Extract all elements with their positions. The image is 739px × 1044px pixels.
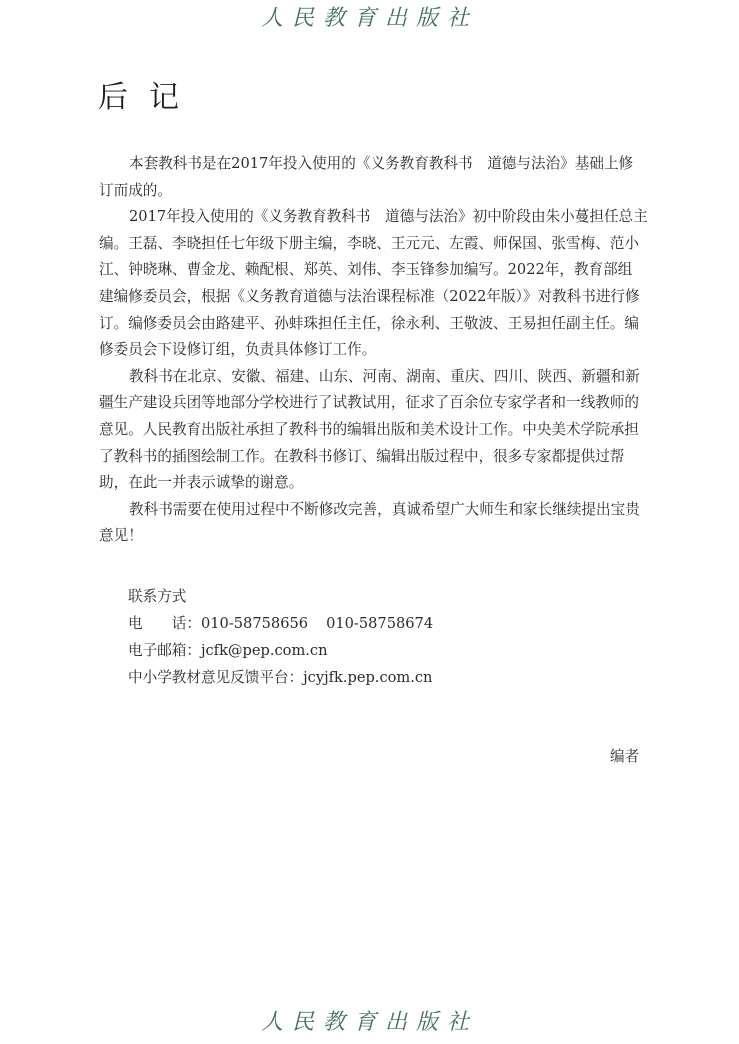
publisher-logo-footer: 人民教育出版社: [0, 1008, 739, 1038]
text-line: 修委员会下设修订组，负责具体修订工作。: [99, 337, 644, 364]
publisher-logo-header: 人民教育出版社: [0, 4, 739, 34]
text-line: 江、钟晓琳、曹金龙、赖配根、郑英、刘伟、李玉锋参加编写。2022年，教育部组: [99, 257, 644, 284]
text-line: 2017年投入使用的《义务教育教科书 道德与法治》初中阶段由朱小蔓担任总主: [99, 204, 644, 231]
paragraph-1: 本套教科书是在2017年投入使用的《义务教育教科书 道德与法治》基础上修 订而成…: [99, 151, 644, 204]
paragraph-4: 教科书需要在使用过程中不断修改完善，真诚希望广大师生和家长继续提出宝贵 意见！: [99, 497, 644, 550]
text-line: 订而成的。: [99, 178, 644, 205]
contact-info: 联系方式 电 话：010-58758656010-58758674 电子邮箱：j…: [128, 583, 433, 691]
afterword-body: 本套教科书是在2017年投入使用的《义务教育教科书 道德与法治》基础上修 订而成…: [99, 151, 644, 550]
phone-label: 电 话：: [128, 615, 201, 632]
phone-number-2: 010-58758674: [326, 615, 433, 632]
contact-email-row: 电子邮箱：jcfk@pep.com.cn: [128, 637, 433, 664]
text-line: 助，在此一并表示诚挚的谢意。: [99, 470, 644, 497]
email-address[interactable]: jcfk@pep.com.cn: [201, 642, 328, 659]
signature: 编者: [610, 746, 639, 768]
contact-feedback-row: 中小学教材意见反馈平台：jcyjfk.pep.com.cn: [128, 664, 433, 691]
text-line: 意见！: [99, 523, 644, 550]
page-title: 后记: [98, 78, 200, 118]
text-line: 建编修委员会，根据《义务教育道德与法治课程标准（2022年版）》对教科书进行修: [99, 284, 644, 311]
email-label: 电子邮箱：: [128, 642, 201, 659]
text-line: 订。编修委员会由路建平、孙蚌珠担任主任，徐永利、王敬波、王易担任副主任。编: [99, 311, 644, 338]
text-line: 编。王磊、李晓担任七年级下册主编，李晓、王元元、左霞、师保国、张雪梅、范小: [99, 231, 644, 258]
feedback-label: 中小学教材意见反馈平台：: [128, 669, 303, 686]
text-line: 本套教科书是在2017年投入使用的《义务教育教科书 道德与法治》基础上修: [99, 151, 644, 178]
text-line: 了教科书的插图绘制工作。在教科书修订、编辑出版过程中，很多专家都提供过帮: [99, 444, 644, 471]
contact-heading: 联系方式: [128, 583, 433, 610]
text-line: 教科书需要在使用过程中不断修改完善，真诚希望广大师生和家长继续提出宝贵: [99, 497, 644, 524]
paragraph-3: 教科书在北京、安徽、福建、山东、河南、湖南、重庆、四川、陕西、新疆和新 疆生产建…: [99, 364, 644, 497]
text-line: 教科书在北京、安徽、福建、山东、河南、湖南、重庆、四川、陕西、新疆和新: [99, 364, 644, 391]
paragraph-2: 2017年投入使用的《义务教育教科书 道德与法治》初中阶段由朱小蔓担任总主 编。…: [99, 204, 644, 364]
text-line: 疆生产建设兵团等地部分学校进行了试教试用，征求了百余位专家学者和一线教师的: [99, 390, 644, 417]
text-line: 意见。人民教育出版社承担了教科书的编辑出版和美术设计工作。中央美术学院承担: [99, 417, 644, 444]
contact-phone-row: 电 话：010-58758656010-58758674: [128, 610, 433, 637]
feedback-site-link[interactable]: jcyjfk.pep.com.cn: [303, 669, 432, 686]
phone-number-1: 010-58758656: [201, 615, 308, 632]
